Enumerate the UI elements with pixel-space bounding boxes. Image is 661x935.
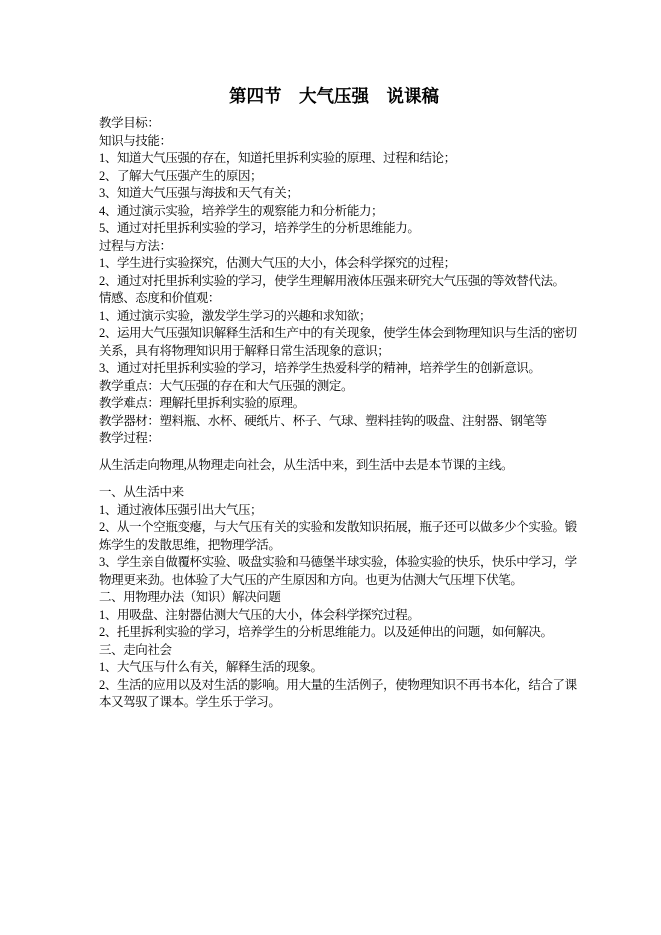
document-page: 第四节 大气压强 说课稿 教学目标：知识与技能：1、知道大气压强的存在，知道托里… [0,0,661,935]
text-line: 1、学生进行实验探究，估测大气压的大小，体会科学探究的过程； [99,255,569,273]
text-line: 4、通过演示实验，培养学生的观察能力和分析能力； [99,203,569,221]
text-line: 三、走向社会 [99,642,569,660]
text-line: 知识与技能： [99,133,569,151]
text-line: 从生活走向物理,从物理走向社会，从生活中来，到生活中去是本节课的主线。 [99,457,569,475]
text-line: 1、知道大气压强的存在，知道托里拆利实验的原理、过程和结论； [99,150,569,168]
text-line: 教学器材：塑料瓶、水杯、硬纸片、杯子、气球、塑料挂钩的吸盘、注射器、钢笔等 [99,413,569,431]
text-line: 1、用吸盘、注射器估测大气压的大小，体会科学探究过程。 [99,607,569,625]
text-line: 教学过程： [99,430,569,448]
text-line: 物理更来劲。也体验了大气压的产生原因和方向。也更为估测大气压埋下伏笔。 [99,572,569,590]
text-line: 过程与方法： [99,238,569,256]
text-line: 教学目标： [99,115,569,133]
text-line: 二、用物理办法（知识）解决问题 [99,589,569,607]
text-line: 情感、态度和价值观： [99,290,569,308]
text-line: 5、通过对托里拆利实验的学习，培养学生的分析思维能力。 [99,220,569,238]
text-line: 1、通过演示实验，激发学生学习的兴趣和求知欲； [99,308,569,326]
text-line: 3、通过对托里拆利实验的学习，培养学生热爱科学的精神，培养学生的创新意识。 [99,360,569,378]
text-line: 炼学生的发散思维，把物理学活。 [99,537,569,555]
text-line: 1、大气压与什么有关，解释生活的现象。 [99,659,569,677]
text-line: 一、从生活中来 [99,484,569,502]
text-line: 3、学生亲自做覆杯实验、吸盘实验和马德堡半球实验，体验实验的快乐，快乐中学习，学 [99,554,569,572]
text-line: 2、托里拆利实验的学习，培养学生的分析思维能力。以及延伸出的问题，如何解决。 [99,624,569,642]
text-line: 2、从一个空瓶变瘪，与大气压有关的实验和发散知识拓展，瓶子还可以做多少个实验。锻 [99,519,569,537]
document-content: 第四节 大气压强 说课稿 教学目标：知识与技能：1、知道大气压强的存在，知道托里… [99,84,569,712]
text-line: 3、知道大气压强与海拔和天气有关； [99,185,569,203]
text-line: 本又驾驭了课本。学生乐于学习。 [99,694,569,712]
text-line: 2、运用大气压强知识解释生活和生产中的有关现象，使学生体会到物理知识与生活的密切 [99,325,569,343]
text-line: 2、了解大气压强产生的原因； [99,168,569,186]
text-line: 教学重点：大气压强的存在和大气压强的测定。 [99,378,569,396]
document-title: 第四节 大气压强 说课稿 [99,84,569,108]
text-line: 教学难点：理解托里拆利实验的原理。 [99,395,569,413]
text-line: 1、通过液体压强引出大气压； [99,502,569,520]
text-line: 关系，具有将物理知识用于解释日常生活现象的意识； [99,343,569,361]
text-line: 2、生活的应用以及对生活的影响。用大量的生活例子，使物理知识不再书本化，结合了课 [99,677,569,695]
text-line: 2、通过对托里拆利实验的学习，使学生理解用液体压强来研究大气压强的等效替代法。 [99,273,569,291]
document-body: 教学目标：知识与技能：1、知道大气压强的存在，知道托里拆利实验的原理、过程和结论… [99,115,569,712]
